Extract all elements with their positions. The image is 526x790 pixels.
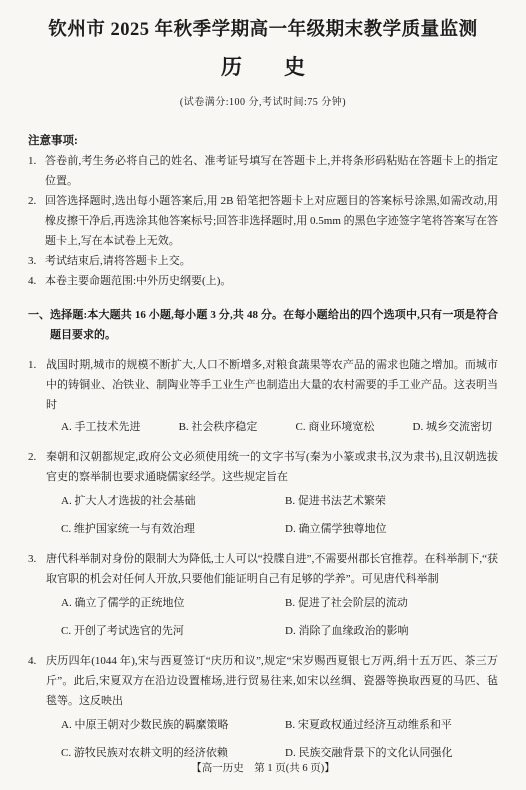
notice-item-number: 4. [28,271,45,291]
notice-item-number: 1. [28,151,45,191]
options-row: A. 手工技术先进 B. 社会秩序稳定 C. 商业环境宽松 D. 城乡交流密切 [46,417,498,437]
question-number: 2. [28,447,46,487]
option-b: B. 社会秩序稳定 [179,417,258,437]
question-2: 2. 秦朝和汉朝都规定,政府公文必须使用统一的文字书写(秦为小篆或隶书,汉为隶书… [28,447,498,539]
options-grid: A. 确立了儒学的正统地位 B. 促进了社会阶层的流动 C. 开创了考试选官的先… [46,593,498,641]
option-b: B. 促进了社会阶层的流动 [285,593,498,613]
option-d: D. 消除了血缘政治的影响 [285,621,498,641]
question-number: 3. [28,549,46,589]
question-stem: 秦朝和汉朝都规定,政府公文必须使用统一的文字书写(秦为小篆或隶书,汉为隶书),且… [46,447,498,487]
options-grid: A. 扩大人才选拔的社会基础 B. 促进书法艺术繁荣 C. 维护国家统一与有效治… [46,491,498,539]
option-a: A. 确立了儒学的正统地位 [61,593,285,613]
question-stem: 唐代科举制对身份的限制大为降低,士人可以“投牒自进”,不需要州郡长官推荐。在科举… [46,549,498,589]
option-a: A. 手工技术先进 [61,417,140,437]
notice-item: 2. 回答选择题时,选出每小题答案后,用 2B 铅笔把答题卡上对应题目的答案标号… [28,191,498,251]
notice-item: 4. 本卷主要命题范围:中外历史纲要(上)。 [28,271,498,291]
option-b: B. 宋夏政权通过经济互动维系和平 [285,715,498,735]
notice-item-number: 3. [28,251,45,271]
option-a: A. 中原王朝对少数民族的羁縻策略 [61,715,285,735]
notice-item-text: 答卷前,考生务必将自己的姓名、准考证号填写在答题卡上,并将条形码粘贴在答题卡上的… [45,151,498,191]
question-number: 1. [28,355,46,415]
notice-item-number: 2. [28,191,45,251]
notice-item-text: 回答选择题时,选出每小题答案后,用 2B 铅笔把答题卡上对应题目的答案标号涂黑,… [45,191,498,251]
page-footer: 【高一历史 第 1 页(共 6 页)】 [0,759,526,779]
option-c: C. 商业环境宽松 [296,417,375,437]
notice-item-text: 本卷主要命题范围:中外历史纲要(上)。 [45,271,498,291]
option-d: D. 确立儒学独尊地位 [285,519,498,539]
exam-info: (试卷满分:100 分,考试时间:75 分钟) [28,93,498,113]
option-d: D. 城乡交流密切 [413,417,492,437]
option-c: C. 维护国家统一与有效治理 [61,519,285,539]
exam-paper-page: { "page": { "bg_color": "#f8f7f4", "text… [0,0,526,790]
option-b: B. 促进书法艺术繁荣 [285,491,498,511]
option-a: A. 扩大人才选拔的社会基础 [61,491,285,511]
notice-heading: 注意事项: [28,131,498,151]
options-grid: A. 中原王朝对少数民族的羁縻策略 B. 宋夏政权通过经济互动维系和平 C. 游… [46,715,498,763]
question-1: 1. 战国时期,城市的规模不断扩大,人口不断增多,对粮食蔬果等农产品的需求也随之… [28,355,498,437]
section-number: 一、 [28,305,50,345]
section-heading: 一、 选择题:本大题共 16 小题,每小题 3 分,共 48 分。在每小题给出的… [28,305,498,345]
paper-title: 钦州市 2025 年秋季学期高一年级期末教学质量监测 [28,18,498,42]
notice-item: 1. 答卷前,考生务必将自己的姓名、准考证号填写在答题卡上,并将条形码粘贴在答题… [28,151,498,191]
subject-title: 历 史 [28,54,498,80]
question-number: 4. [28,651,46,711]
section-heading-text: 选择题:本大题共 16 小题,每小题 3 分,共 48 分。在每小题给出的四个选… [50,305,498,345]
notice-item: 3. 考试结束后,请将答题卡上交。 [28,251,498,271]
question-stem: 战国时期,城市的规模不断扩大,人口不断增多,对粮食蔬果等农产品的需求也随之增加。… [46,355,498,415]
paper-content: 钦州市 2025 年秋季学期高一年级期末教学质量监测 历 史 (试卷满分:100… [0,0,526,763]
question-3: 3. 唐代科举制对身份的限制大为降低,士人可以“投牒自进”,不需要州郡长官推荐。… [28,549,498,641]
notice-item-text: 考试结束后,请将答题卡上交。 [45,251,498,271]
option-c: C. 开创了考试选官的先河 [61,621,285,641]
question-stem: 庆历四年(1044 年),宋与西夏签订“庆历和议”,规定“宋岁赐西夏银七万两,绢… [46,651,498,711]
question-4: 4. 庆历四年(1044 年),宋与西夏签订“庆历和议”,规定“宋岁赐西夏银七万… [28,651,498,763]
